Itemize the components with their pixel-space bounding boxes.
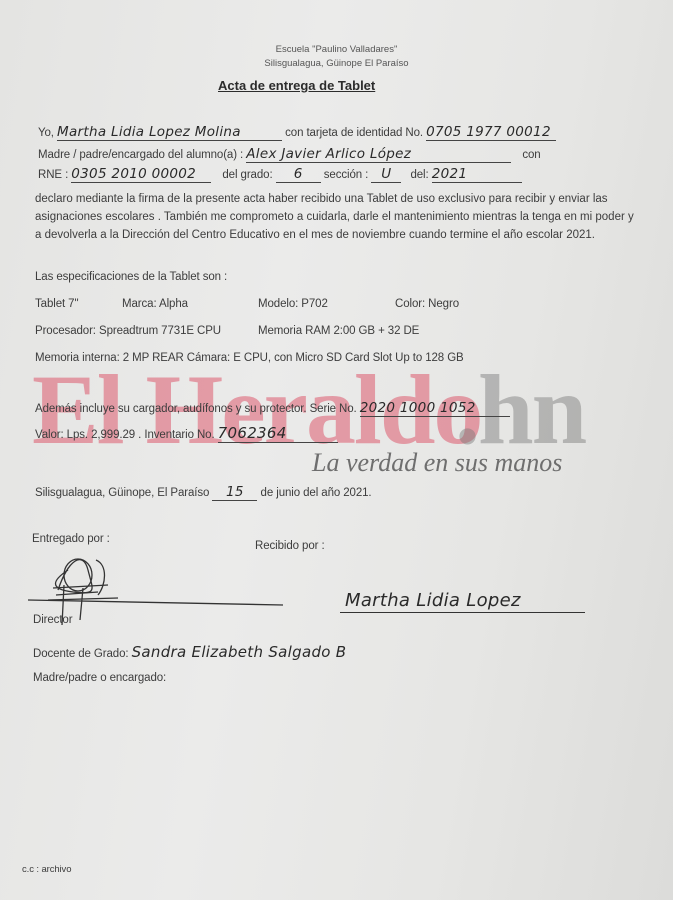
serie-handwritten: 2020 1000 1052	[360, 400, 510, 417]
spec-internal-memory: Memoria interna: 2 MP REAR Cámara: E CPU…	[35, 352, 464, 364]
yo-label: Yo,	[38, 127, 54, 139]
valor-text: Valor: Lps. 2,999.29 . Inventario No.	[35, 429, 215, 441]
grado-handwritten: 6	[276, 166, 321, 183]
rne-line: RNE : 0305 2010 00002 del grado: 6 secci…	[38, 166, 522, 183]
con-label: con	[522, 149, 540, 161]
student-name-handwritten: Alex Javier Arlico López	[246, 146, 511, 163]
madre-label: Madre/padre o encargado:	[33, 672, 166, 684]
id-label: con tarjeta de identidad No.	[285, 127, 423, 139]
receiver-signature-handwritten: Martha Lidia Lopez	[345, 590, 521, 611]
spec-model: Modelo: P702	[258, 298, 328, 310]
date-prefix: Silisgualagua, Güinope, El Paraíso	[35, 487, 209, 499]
date-day-handwritten: 15	[212, 484, 257, 501]
cc-archivo: c.c : archivo	[22, 864, 71, 875]
director-label: Director	[33, 614, 72, 626]
grado-label: del grado:	[222, 169, 272, 181]
school-location: Silisgualagua, Güinope El Paraíso	[0, 58, 673, 69]
spec-ram: Memoria RAM 2:00 GB + 32 DE	[258, 325, 419, 337]
parent-name-handwritten: Martha Lidia Lopez Molina	[57, 124, 282, 141]
declaration-paragraph: declaro mediante la firma de la presente…	[35, 190, 635, 244]
rne-handwritten: 0305 2010 00002	[71, 166, 211, 183]
watermark-slogan: La verdad en sus manos	[312, 448, 562, 478]
valor-line: Valor: Lps. 2,999.29 . Inventario No. 70…	[35, 424, 338, 443]
guardian-line: Madre / padre/encargado del alumno(a) : …	[38, 146, 541, 163]
specs-intro: Las especificaciones de la Tablet son :	[35, 271, 227, 283]
seccion-handwritten: U	[371, 166, 401, 183]
inventario-handwritten: 7062364	[218, 424, 338, 443]
yo-line: Yo, Martha Lidia Lopez Molina con tarjet…	[38, 124, 556, 141]
docente-line: Docente de Grado: Sandra Elizabeth Salga…	[33, 643, 346, 661]
date-line: Silisgualagua, Güinope, El Paraíso 15 de…	[35, 484, 372, 501]
date-suffix: de junio del año 2021.	[261, 487, 372, 499]
docente-handwritten: Sandra Elizabeth Salgado B	[132, 643, 347, 661]
includes-text: Además incluye su cargador, audífonos y …	[35, 403, 357, 415]
del-label: del:	[410, 169, 428, 181]
school-name: Escuela "Paulino Valladares"	[0, 44, 673, 55]
guardian-label: Madre / padre/encargado del alumno(a) :	[38, 149, 243, 161]
seccion-label: sección :	[324, 169, 368, 181]
document-title: Acta de entrega de Tablet	[218, 78, 375, 93]
spec-tablet-size: Tablet 7"	[35, 298, 78, 310]
spec-color: Color: Negro	[395, 298, 459, 310]
spec-brand: Marca: Alpha	[122, 298, 188, 310]
id-number-handwritten: 0705 1977 00012	[426, 124, 556, 141]
docente-label: Docente de Grado:	[33, 648, 128, 660]
receiver-signature-line	[340, 612, 585, 613]
spec-processor: Procesador: Spreadtrum 7731E CPU	[35, 325, 221, 337]
year-handwritten: 2021	[432, 166, 522, 183]
includes-line: Además incluye su cargador, audífonos y …	[35, 400, 510, 417]
rne-label: RNE :	[38, 169, 68, 181]
